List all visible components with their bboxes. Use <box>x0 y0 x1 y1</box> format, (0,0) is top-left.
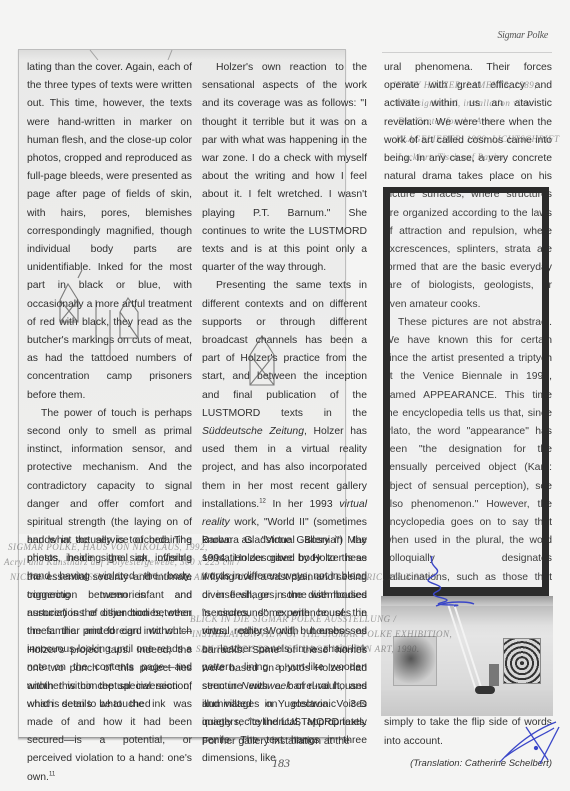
photo-cornice <box>381 606 553 626</box>
caption-left-3: NICHOLAS'S HOUSE, 1992, acrylic and arti… <box>10 572 438 582</box>
col1-bottom-paragraph: and what actually is touched: The photos… <box>27 532 192 787</box>
caption-right-3: SAN FRANCISCO MUSEUM OF MODERN ART, 1990… <box>196 644 420 654</box>
photo-figure <box>475 686 495 694</box>
photo-doorway <box>489 664 499 686</box>
footnote-ref[interactable]: 11 <box>49 771 55 777</box>
col2-paragraph-1: Holzer's own reaction to the sensational… <box>202 59 367 277</box>
caption-top-4: KLAGELIEDER, 1989, Lichtschrift <box>396 134 560 144</box>
newspaper-title: Süddeutsche Zeitung <box>202 426 304 437</box>
caption-top-5: Lackiert, Tisch auf Papier <box>398 152 505 162</box>
caption-right-2: INSTALLATION VIEW OF THE SIGMAR POLKE EX… <box>192 629 452 639</box>
column-1-continued: and what actually is touched: The photos… <box>27 532 192 787</box>
page-number: 183 <box>272 756 290 771</box>
caption-top-3: Dia Center for the Arts <box>398 116 493 126</box>
caption-left-1: SIGMAR POLKE, HAUS VON NIKOLAUS, 1992, <box>8 542 208 552</box>
caption-top-2: LED signboard, installation view <box>396 98 532 108</box>
col3-paragraph-2: These pictures are not abstract. We have… <box>384 314 552 605</box>
caption-right-1: BLICK IN DIE SIGMAR POLKE AUSSTELLUNG / <box>190 614 396 624</box>
header-rule <box>382 52 552 53</box>
installation-photo <box>381 596 553 716</box>
translation-credit: (Translation: Catherine Schelbert) <box>384 755 552 773</box>
photo-floor <box>381 690 553 716</box>
caption-left-2: Acryl und Kunstharz auf Polyestergewebe,… <box>4 557 240 567</box>
running-head: Sigmar Polke <box>497 30 548 41</box>
photo-painting-spiral <box>503 638 541 684</box>
caption-top-1: JENNY HOLZER, LAMENTS, 1989, <box>392 80 537 90</box>
col1-paragraph-1: lating than the cover. Again, each of th… <box>27 59 192 405</box>
footnote-ref[interactable]: 12 <box>259 498 266 504</box>
